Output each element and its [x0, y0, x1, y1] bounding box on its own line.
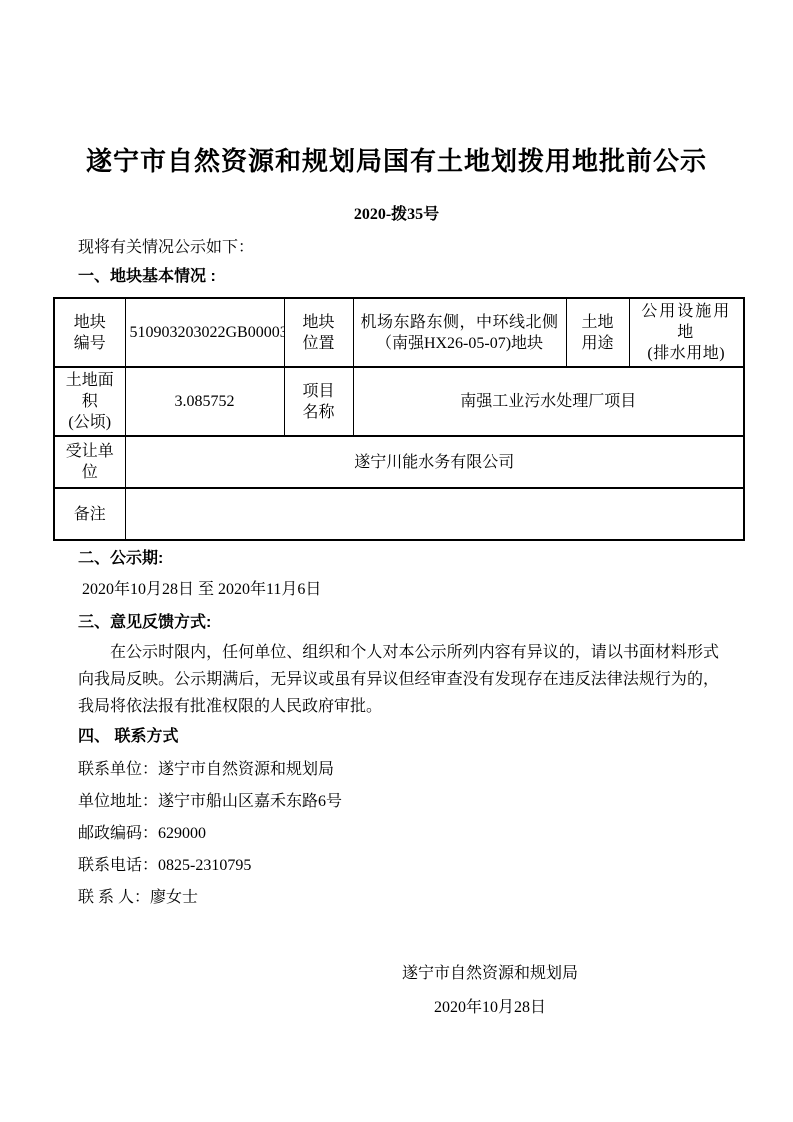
area-label: 土地面积 (公顷)	[54, 367, 125, 436]
land-use-label: 土地 用途	[566, 298, 629, 367]
section-3-heading: 三、意见反馈方式:	[78, 612, 718, 634]
parcel-number-label: 地块 编号	[54, 298, 125, 367]
location-value-line2: （南强HX26-05-07)地块	[376, 335, 543, 352]
publicity-period: 2020年10月28日 至 2020年11月6日	[82, 580, 718, 600]
remarks-label: 备注	[54, 488, 125, 540]
land-use-value-line2: (排水用地)	[634, 343, 740, 364]
land-info-table: 地块 编号 510903203022GB00003 地块 位置 机场东路东侧，中…	[53, 297, 745, 541]
location-value-line1: 机场东路东侧，中环线北侧	[358, 312, 562, 333]
transferee-label: 受让单位	[54, 436, 125, 488]
project-value: 南强工业污水处理厂项目	[353, 367, 744, 436]
table-row: 地块 编号 510903203022GB00003 地块 位置 机场东路东侧，中…	[54, 298, 744, 367]
transferee-value: 遂宁川能水务有限公司	[125, 436, 744, 488]
footer-org: 遂宁市自然资源和规划局	[300, 964, 680, 984]
contact-postcode: 邮政编码：629000	[78, 824, 718, 844]
contact-person: 联 系 人：廖女士	[78, 888, 718, 908]
section-1-heading: 一、地块基本情况 :	[78, 266, 718, 288]
table-row: 备注	[54, 488, 744, 540]
doc-title: 遂宁市自然资源和规划局国有土地划拨用地批前公示	[0, 146, 793, 178]
land-use-value: 公用设施用地(排水用地)	[629, 298, 744, 367]
contact-unit: 联系单位：遂宁市自然资源和规划局	[78, 760, 718, 780]
location-label: 地块 位置	[284, 298, 353, 367]
project-label: 项目 名称	[284, 367, 353, 436]
feedback-paragraph: 在公示时限内，任何单位、组织和个人对本公示所列内容有异议的，请以书面材料形式向我…	[78, 639, 719, 720]
signature-block: 遂宁市自然资源和规划局 2020年10月28日	[300, 964, 680, 1018]
parcel-number-value: 510903203022GB00003	[125, 298, 284, 367]
intro-text: 现将有关情况公示如下：	[78, 238, 718, 258]
document-page: 遂宁市自然资源和规划局国有土地划拨用地批前公示 2020-拨35号 现将有关情况…	[0, 0, 793, 1122]
section-4-heading: 四、 联系方式	[78, 726, 718, 748]
remarks-value	[125, 488, 744, 540]
land-use-value-line1: 公用设施用地	[634, 301, 740, 343]
area-value: 3.085752	[125, 367, 284, 436]
table-row: 土地面积 (公顷) 3.085752 项目 名称 南强工业污水处理厂项目	[54, 367, 744, 436]
location-value: 机场东路东侧，中环线北侧（南强HX26-05-07)地块	[353, 298, 566, 367]
table-row: 受让单位 遂宁川能水务有限公司	[54, 436, 744, 488]
doc-number: 2020-拨35号	[0, 206, 793, 224]
section-2-heading: 二、公示期:	[78, 548, 718, 570]
footer-date: 2020年10月28日	[300, 998, 680, 1018]
contact-address: 单位地址：遂宁市船山区嘉禾东路6号	[78, 792, 718, 812]
contact-phone: 联系电话：0825-2310795	[78, 856, 718, 876]
